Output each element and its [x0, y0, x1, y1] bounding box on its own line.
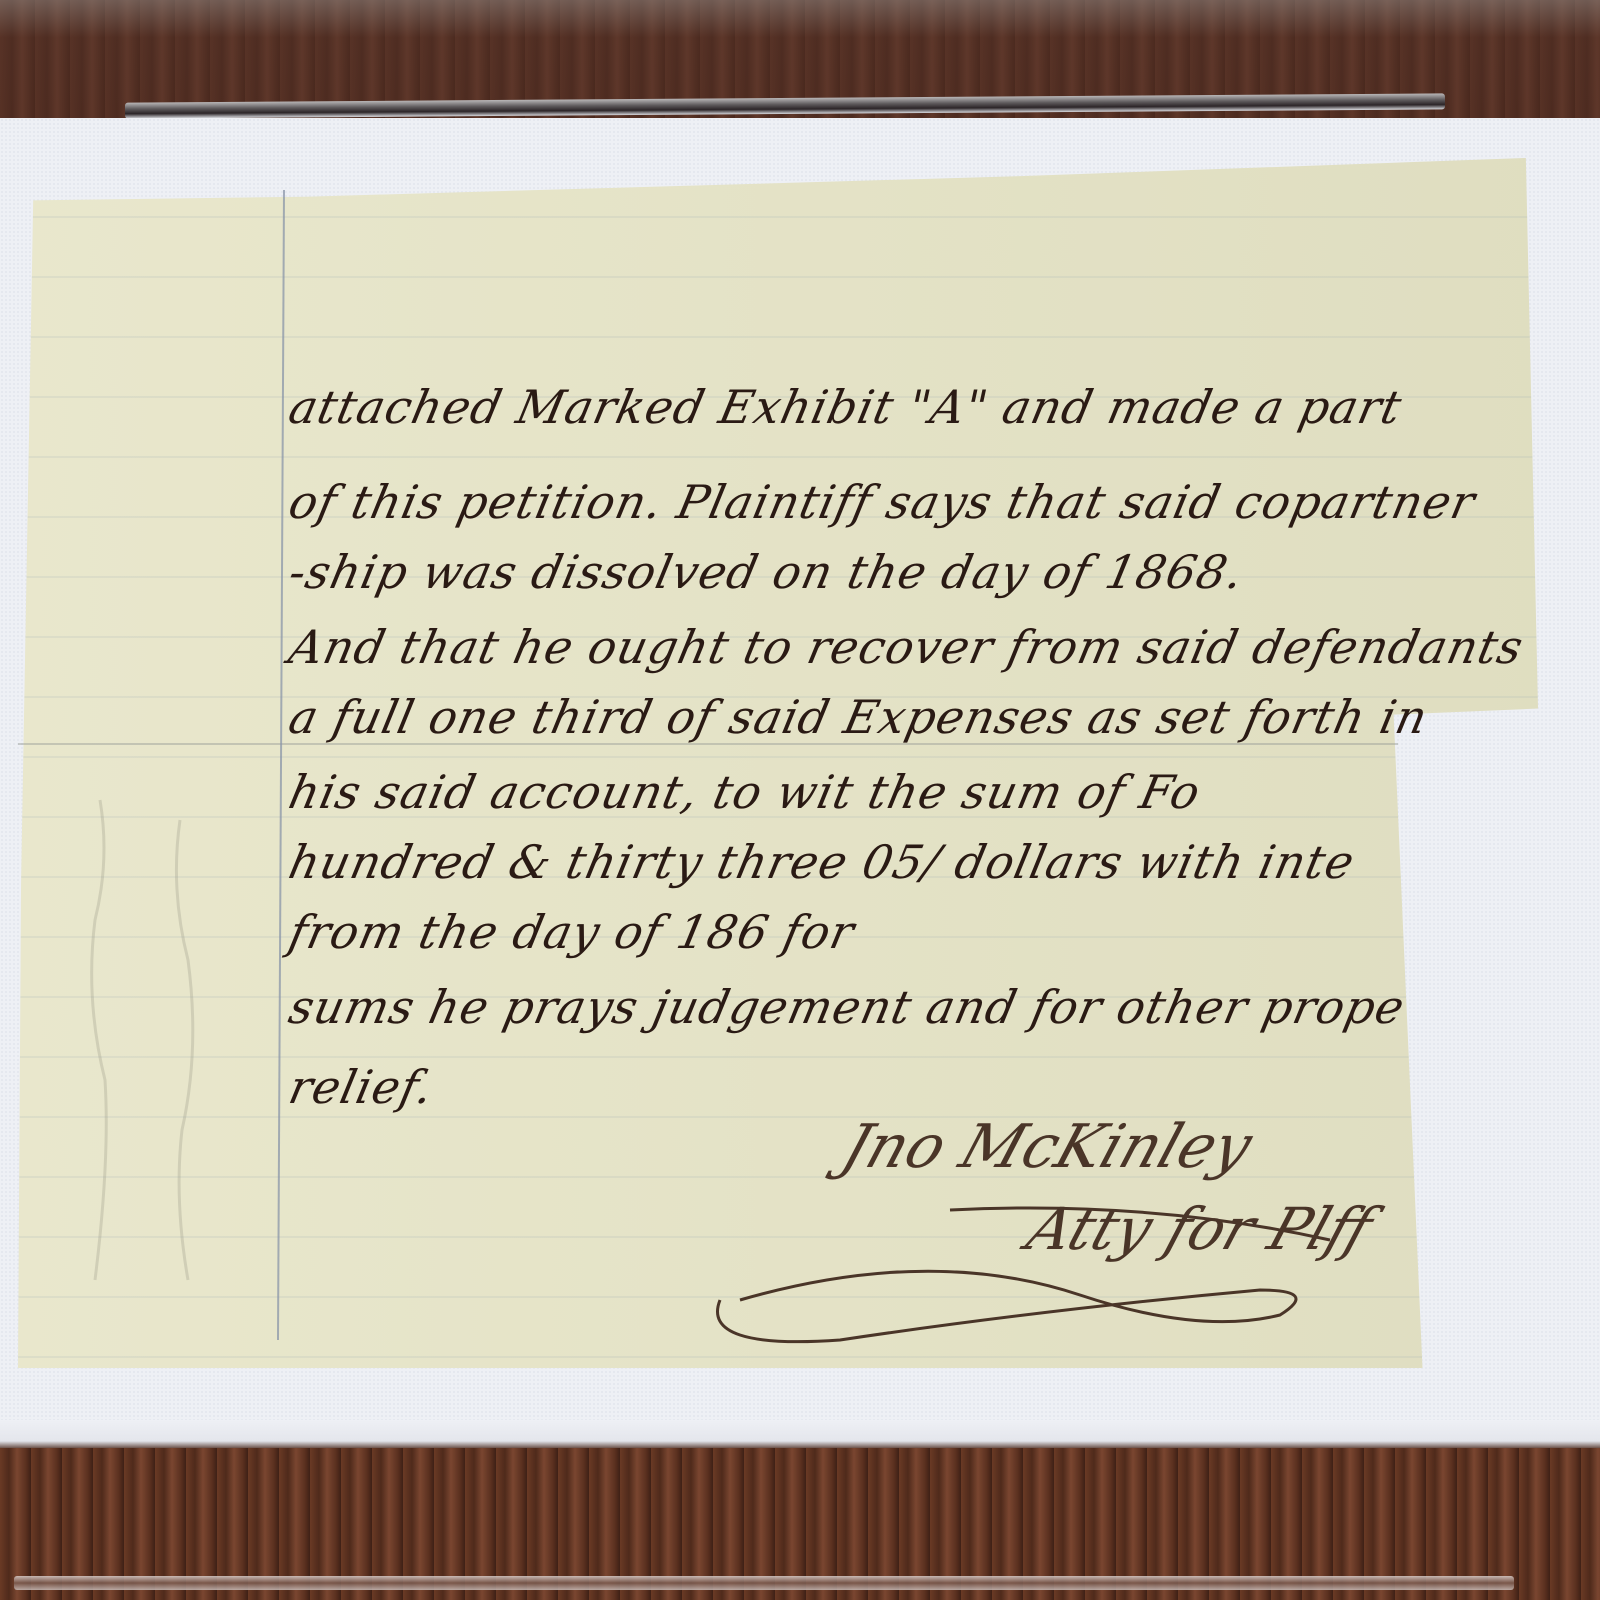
text-line-9: sums he prays judgement and for other pr… — [284, 980, 1410, 1034]
bleed-through-marks — [60, 780, 260, 1300]
signature-name: Jno McKinley — [834, 1112, 1261, 1182]
acrylic-frame-rail-bottom — [14, 1576, 1514, 1590]
text-line-3: -ship was dissolved on the day of 1868. — [284, 545, 1249, 599]
text-line-10: relief. — [284, 1060, 438, 1114]
signature-flourish — [700, 1190, 1340, 1350]
mat-bottom-edge — [0, 1420, 1600, 1450]
text-line-8: from the day of 186 for — [284, 905, 859, 959]
text-line-2: of this petition. Plaintiff says that sa… — [284, 475, 1480, 529]
framed-document-photo: attached Marked Exhibit "A" and made a p… — [0, 0, 1600, 1600]
text-line-6: his said account, to wit the sum of Fo — [284, 765, 1205, 819]
text-line-5: a full one third of said Expenses as set… — [284, 690, 1433, 744]
text-line-7: hundred & thirty three 05/ dollars with … — [284, 835, 1359, 889]
text-line-4: And that he ought to recover from said d… — [284, 620, 1528, 674]
text-line-1: attached Marked Exhibit "A" and made a p… — [284, 380, 1407, 434]
